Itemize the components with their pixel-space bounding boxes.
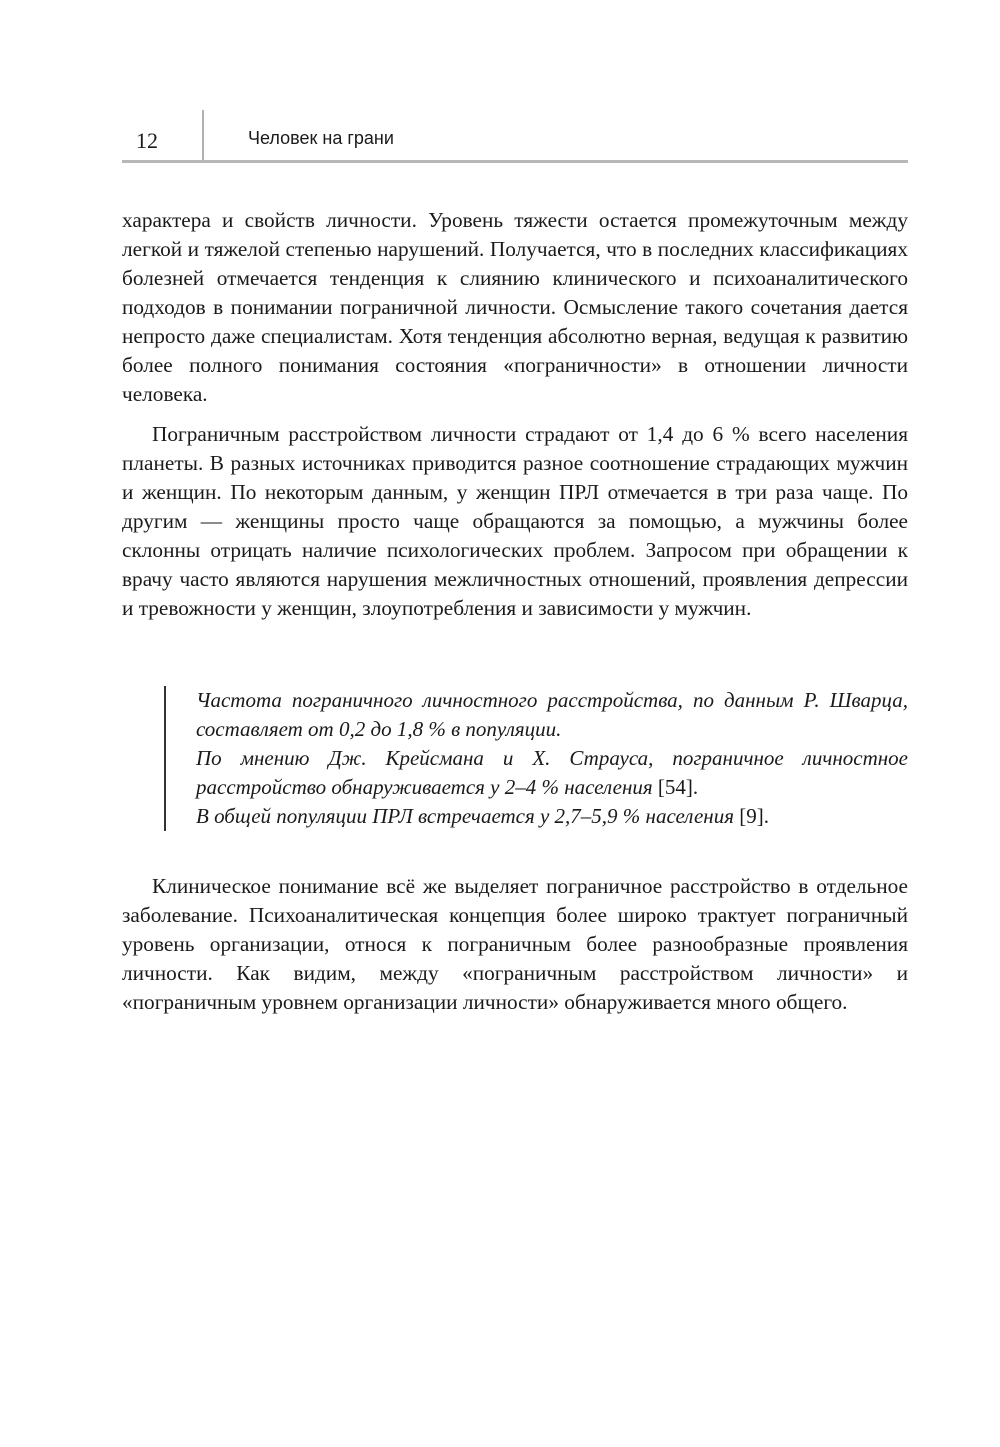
blockquote-statistics: Частота пограничного личностного расстро… [164,686,908,831]
paragraph-conclusion: Клиническое понимание всё же выделяет по… [122,872,908,1017]
quote-text: В общей популяции ПРЛ встречается у 2,7–… [196,804,739,828]
header-divider [202,110,204,162]
citation-reference: [54]. [658,775,698,799]
paragraph-text: Клиническое понимание всё же выделяет по… [122,872,908,1017]
running-title: Человек на грани [248,128,394,149]
page-number: 12 [136,128,158,154]
page-header: 12 Человек на грани [122,110,908,164]
paragraph-continuation: характера и свойств личности. Уровень тя… [122,206,908,409]
quote-line: Частота пограничного личностного расстро… [196,686,908,744]
quote-line: По мнению Дж. Крейсмана и Х. Страуса, по… [196,744,908,802]
paragraph-text: характера и свойств личности. Уровень тя… [122,206,908,409]
header-rule [122,160,908,163]
quote-text: По мнению Дж. Крейсмана и Х. Страуса, по… [196,746,908,799]
quote-line: В общей популяции ПРЛ встречается у 2,7–… [196,802,908,831]
citation-reference: [9]. [739,804,769,828]
paragraph-prevalence: Пограничным расстройством личности страд… [122,420,908,623]
quote-text: Частота пограничного личностного расстро… [196,688,908,741]
paragraph-text: Пограничным расстройством личности страд… [122,420,908,623]
